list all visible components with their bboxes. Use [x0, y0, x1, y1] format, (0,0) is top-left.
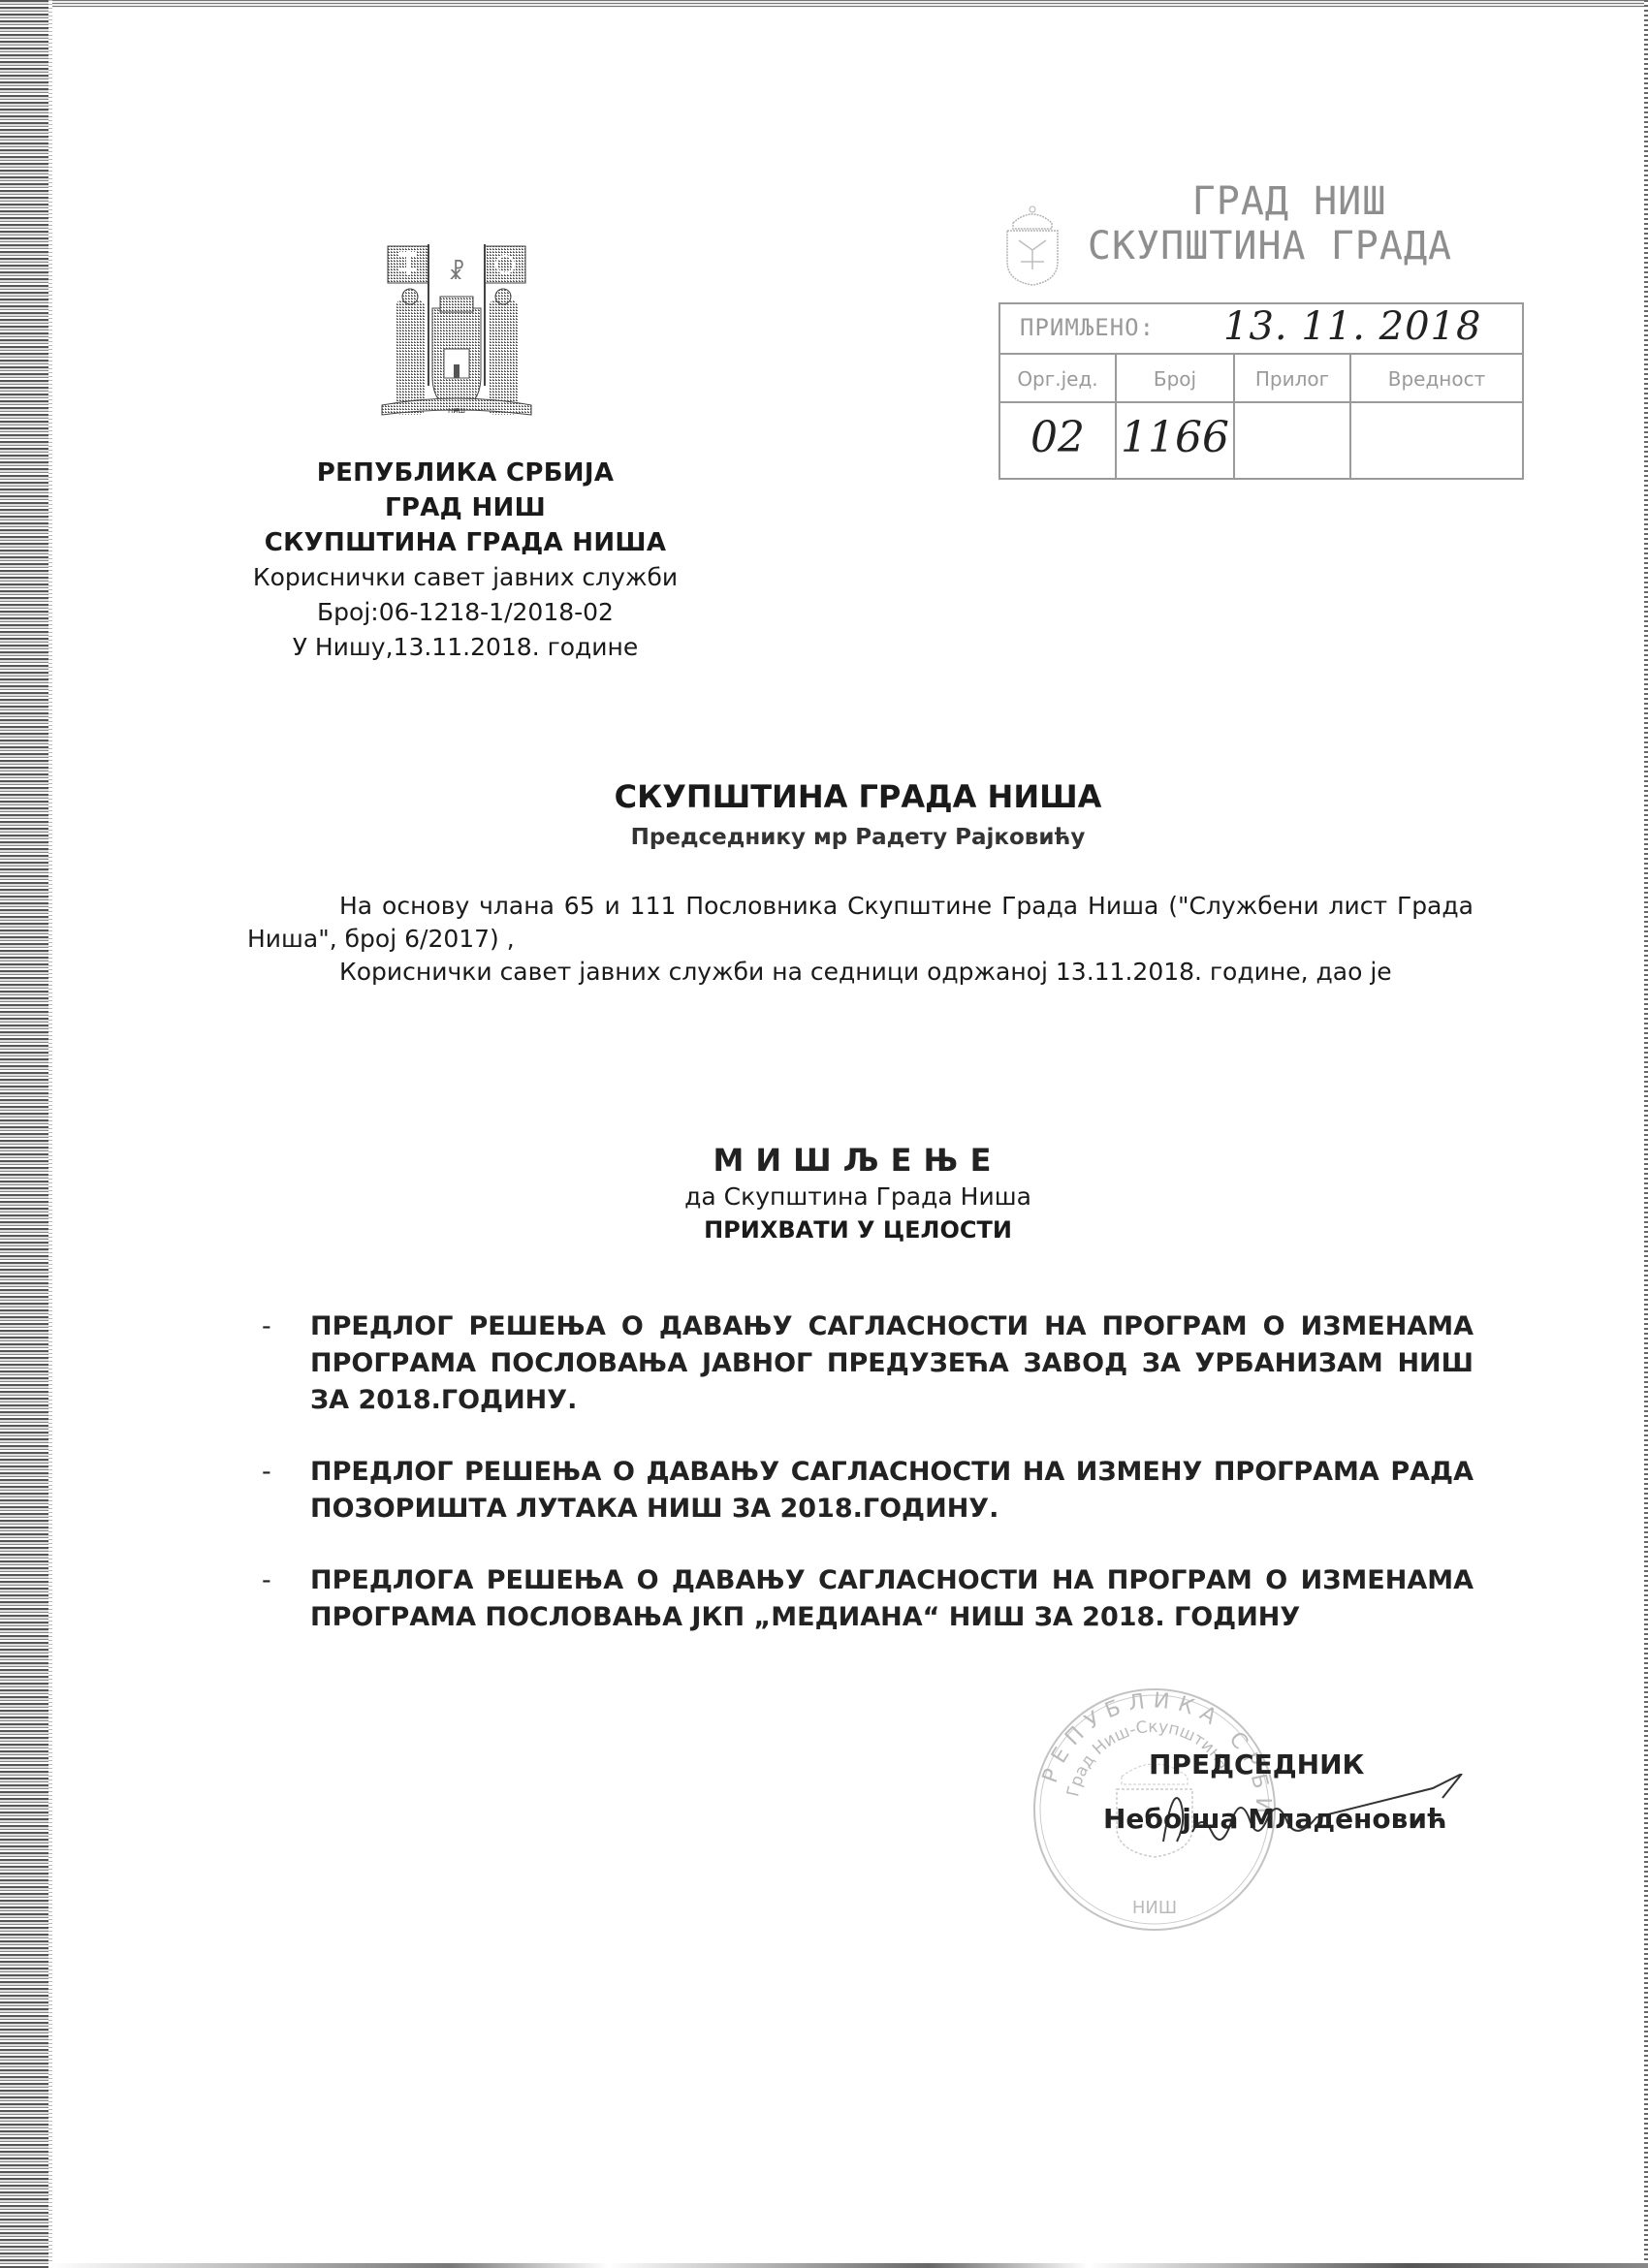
- intro-paragraph-legal-basis: На основу члана 65 и 111 Пословника Скуп…: [247, 890, 1474, 956]
- serbia-coat-of-arms-icon: [1003, 202, 1062, 287]
- scan-artifact-left: [0, 0, 48, 2268]
- scan-artifact-top: [0, 0, 1648, 8]
- svg-text:☧: ☧: [448, 259, 464, 285]
- list-item-text: ПРЕДЛОГ РЕШЕЊА О ДАВАЊУ САГЛАСНОСТИ НА И…: [310, 1457, 1474, 1524]
- opinion-heading: МИШЉЕЊЕ да Скупштина Града Ниша ПРИХВАТИ…: [242, 1139, 1474, 1247]
- nis-coat-of-arms-icon: ☧ НИШ: [376, 240, 537, 426]
- opinion-title: МИШЉЕЊЕ: [242, 1139, 1474, 1181]
- stamp-received-label: ПРИМЉЕНО:: [1020, 314, 1155, 341]
- header-country: РЕПУБЛИКА СРБИЈА: [242, 456, 688, 490]
- stamp-columns: Орг.јед. 02 Број 1166 Прилог Вредност: [1000, 355, 1522, 478]
- header-assembly: СКУПШТИНА ГРАДА НИША: [242, 525, 688, 560]
- opinion-decision: ПРИХВАТИ У ЦЕЛОСТИ: [242, 1213, 1474, 1247]
- bullet-dash: -: [262, 1562, 271, 1599]
- stamp-title-city: ГРАД НИШ: [1105, 179, 1474, 224]
- signatory-title: ПРЕДСЕДНИК: [1149, 1748, 1364, 1780]
- addressee-title: СКУПШТИНА ГРАДА НИША: [242, 775, 1474, 818]
- addressee: СКУПШТИНА ГРАДА НИША Председнику мр Раде…: [242, 775, 1474, 857]
- header-reference-number: Број:06-1218-1/2018-02: [242, 595, 688, 630]
- list-item: - ПРЕДЛОГА РЕШЕЊА О ДАВАЊУ САГЛАСНОСТИ Н…: [257, 1562, 1474, 1636]
- list-item: - ПРЕДЛОГ РЕШЕЊА О ДАВАЊУ САГЛАСНОСТИ НА…: [257, 1454, 1474, 1528]
- stamp-title: ГРАД НИШ СКУПШТИНА ГРАДА: [1066, 179, 1474, 268]
- stamp-received-row: ПРИМЉЕНО: 13. 11. 2018: [1000, 304, 1522, 355]
- stamp-received-date: 13. 11. 2018: [1223, 304, 1481, 349]
- header-date: У Нишу,13.11.2018. године: [242, 630, 688, 665]
- svg-text:НИШ: НИШ: [1132, 1898, 1177, 1918]
- stamp-col-value: Вредност: [1351, 355, 1522, 478]
- scan-artifact-bottom: [48, 2263, 1648, 2268]
- svg-text:НИШ: НИШ: [448, 407, 465, 415]
- stamp-title-assembly: СКУПШТИНА ГРАДА: [1066, 224, 1474, 268]
- list-item-text: ПРЕДЛОГА РЕШЕЊА О ДАВАЊУ САГЛАСНОСТИ НА …: [310, 1565, 1474, 1632]
- intro-paragraph-council: Кориснички савет јавних служби на седниц…: [247, 956, 1474, 989]
- sender-header: РЕПУБЛИКА СРБИЈА ГРАД НИШ СКУПШТИНА ГРАД…: [242, 456, 688, 665]
- proposal-list: - ПРЕДЛОГ РЕШЕЊА О ДАВАЊУ САГЛАСНОСТИ НА…: [257, 1308, 1474, 1671]
- stamp-col-number: Број 1166: [1117, 355, 1235, 478]
- list-item: - ПРЕДЛОГ РЕШЕЊА О ДАВАЊУ САГЛАСНОСТИ НА…: [257, 1308, 1474, 1419]
- scan-artifact-right: [1644, 0, 1648, 2268]
- registry-stamp: ПРИМЉЕНО: 13. 11. 2018 Орг.јед. 02 Број …: [998, 302, 1524, 480]
- list-item-text: ПРЕДЛОГ РЕШЕЊА О ДАВАЊУ САГЛАСНОСТИ НА П…: [310, 1311, 1474, 1415]
- header-city: ГРАД НИШ: [242, 490, 688, 525]
- addressee-recipient: Председнику мр Радету Рајковићу: [242, 818, 1474, 857]
- scan-artifact-left-fade: [48, 0, 52, 2268]
- opinion-subtitle: да Скупштина Града Ниша: [242, 1181, 1474, 1213]
- bullet-dash: -: [262, 1308, 271, 1345]
- intro-text: На основу члана 65 и 111 Пословника Скуп…: [247, 890, 1474, 989]
- bullet-dash: -: [262, 1454, 271, 1491]
- header-council: Кориснички савет јавних служби: [242, 560, 688, 595]
- stamp-col-org-unit: Орг.јед. 02: [1000, 355, 1117, 478]
- stamp-col-attachment: Прилог: [1235, 355, 1351, 478]
- signatory-name: Небојша Младеновић: [1103, 1803, 1447, 1835]
